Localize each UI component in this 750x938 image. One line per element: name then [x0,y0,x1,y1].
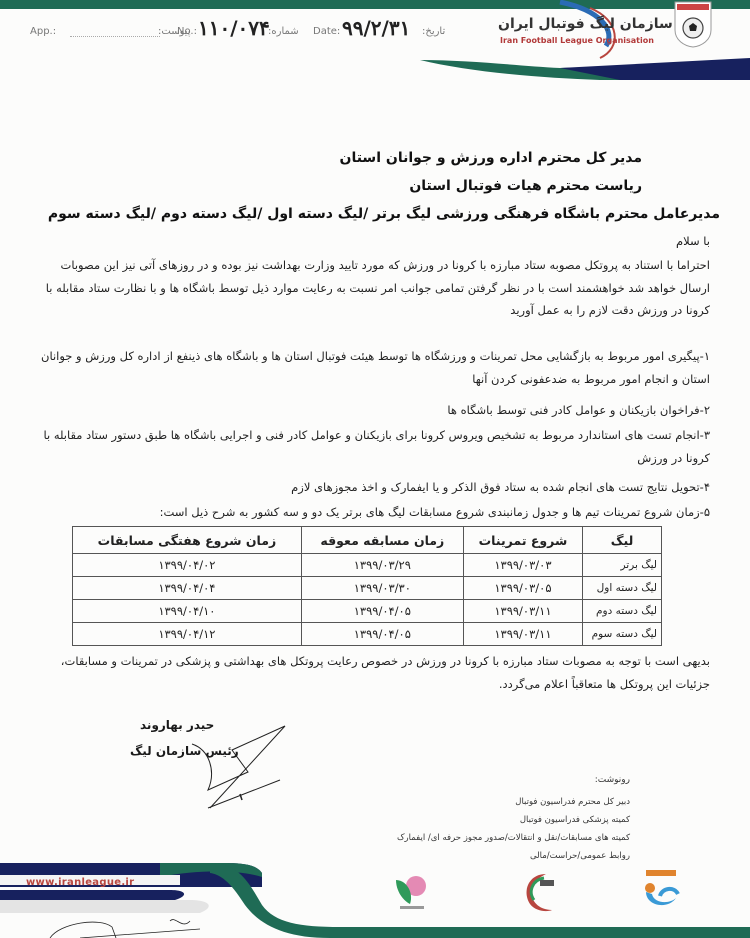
cc-item: کمیته های مسابقات/نقل و انتقالات/صدور مج… [397,833,630,843]
date-en-label: Date: [313,26,340,37]
table-row: لیگ دسته اول ۱۳۹۹/۰۳/۰۵ ۱۳۹۹/۰۳/۳۰ ۱۳۹۹/… [73,577,662,600]
number-en-label: No.: [177,26,197,37]
header-training-start: شروع تمرینات [463,527,582,554]
item-4: ۴-تحویل نتایج تست های انجام شده به ستاد … [40,476,710,499]
intro-paragraph: احتراما با استناد به پروتکل مصوبه ستاد م… [40,254,710,322]
app-label: App.: [30,26,56,37]
cell-league: لیگ برتر [583,554,662,577]
table-header-row: لیگ شروع تمرینات زمان مسابقه معوقه زمان … [73,527,662,554]
cell-league: لیگ دسته دوم [583,600,662,623]
cell-weekly-start: ۱۳۹۹/۰۴/۰۴ [73,577,302,600]
cell-weekly-start: ۱۳۹۹/۰۴/۱۲ [73,623,302,646]
item-3: ۳-انجام تست های استاندارد مربوط به تشخیص… [40,424,710,469]
org-name-fa: سازمان لیگ فوتبال ایران [498,16,673,32]
table-row: لیگ دسته سوم ۱۳۹۹/۰۳/۱۱ ۱۳۹۹/۰۴/۰۵ ۱۳۹۹/… [73,623,662,646]
greeting: با سلام [676,234,710,248]
footer-swoosh-decoration [0,855,750,938]
handwritten-signature [180,710,300,810]
cell-training-start: ۱۳۹۹/۰۳/۰۳ [463,554,582,577]
ffiri-crest-logo [672,0,714,48]
table-row: لیگ دسته دوم ۱۳۹۹/۰۳/۱۱ ۱۳۹۹/۰۴/۰۵ ۱۳۹۹/… [73,600,662,623]
schedule-table: لیگ شروع تمرینات زمان مسابقه معوقه زمان … [72,526,662,646]
website-link[interactable]: www.iranleague.ir [26,877,134,888]
cell-postponed-match: ۱۳۹۹/۰۳/۳۰ [301,577,463,600]
letter-date: ۹۹/۲/۳۱ [342,16,410,40]
cell-training-start: ۱۳۹۹/۰۳/۱۱ [463,600,582,623]
letter-page: App.: پیوست: No.: ۱۱۰/۰۷۴ شماره: Date: ۹… [0,0,750,938]
cell-weekly-start: ۱۳۹۹/۰۴/۰۲ [73,554,302,577]
item-1: ۱-پیگیری امور مربوط به بازگشایی محل تمری… [40,345,710,390]
number-fa-label: شماره: [268,26,299,37]
cell-weekly-start: ۱۳۹۹/۰۴/۱۰ [73,600,302,623]
cc-label: رونوشت: [595,775,630,785]
header-weekly-start: زمان شروع هفتگی مسابقات [73,527,302,554]
cell-postponed-match: ۱۳۹۹/۰۴/۰۵ [301,623,463,646]
cell-training-start: ۱۳۹۹/۰۳/۰۵ [463,577,582,600]
addressee-1: مدیر کل محترم اداره ورزش و جوانان استان [340,150,642,166]
closing-paragraph: بدیهی است با توجه به مصوبات ستاد مبارزه … [40,650,710,695]
header-league: لیگ [583,527,662,554]
azadegan-league-logo [518,870,558,914]
letter-number: ۱۱۰/۰۷۴ [198,16,270,40]
cell-postponed-match: ۱۳۹۹/۰۴/۰۵ [301,600,463,623]
addressee-3: مدیرعامل محترم باشگاه فرهنگی ورزشی لیگ ب… [48,206,720,222]
cc-item: کمیته پزشکی فدراسیون فوتبال [520,815,630,825]
org-name-en: Iran Football League Organisation [500,36,654,45]
addressee-2: ریاست محترم هیات فوتبال استان [409,178,642,194]
cc-item: دبیر کل محترم فدراسیون فوتبال [515,797,630,807]
date-fa-label: تاریخ: [422,26,445,37]
letter-meta: App.: پیوست: No.: ۱۱۰/۰۷۴ شماره: Date: ۹… [30,22,450,46]
cell-league: لیگ دسته اول [583,577,662,600]
futsal-league-logo [392,872,432,912]
cell-training-start: ۱۳۹۹/۰۳/۱۱ [463,623,582,646]
item-2: ۲-فراخوان بازیکنان و عوامل کادر فنی توسط… [40,399,710,422]
table-row: لیگ برتر ۱۳۹۹/۰۳/۰۳ ۱۳۹۹/۰۳/۲۹ ۱۳۹۹/۰۴/۰… [73,554,662,577]
cell-postponed-match: ۱۳۹۹/۰۳/۲۹ [301,554,463,577]
item-5: ۵-زمان شروع تمرینات تیم ها و جدول زمانبن… [40,501,710,524]
attachment-field [70,26,160,37]
header-postponed-match: زمان مسابقه معوقه [301,527,463,554]
secretariat-logo [640,868,684,912]
cell-league: لیگ دسته سوم [583,623,662,646]
